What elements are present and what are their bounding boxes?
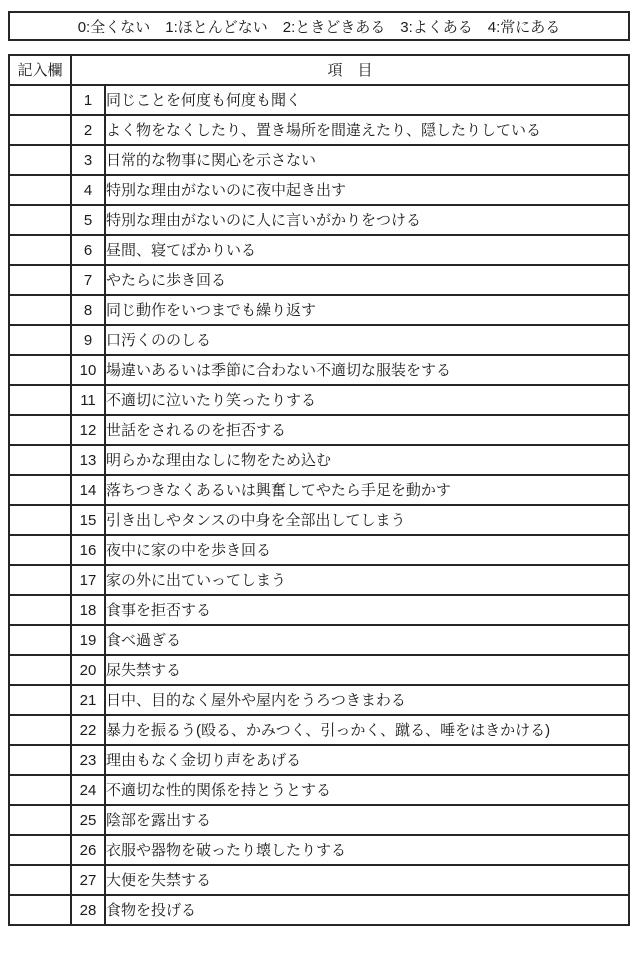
item-text: 昼間、寝てばかりいる <box>105 235 629 265</box>
table-row: 20 尿失禁する <box>9 655 629 685</box>
item-number: 12 <box>71 415 105 445</box>
item-number: 24 <box>71 775 105 805</box>
entry-cell[interactable] <box>9 865 71 895</box>
item-text: 暴力を振るう(殴る、かみつく、引っかく、蹴る、唾をはきかける) <box>105 715 629 745</box>
table-row: 2 よく物をなくしたり、置き場所を間違えたり、隠したりしている <box>9 115 629 145</box>
entry-cell[interactable] <box>9 115 71 145</box>
item-number: 4 <box>71 175 105 205</box>
item-number: 13 <box>71 445 105 475</box>
table-row: 14 落ちつきなくあるいは興奮してやたら手足を動かす <box>9 475 629 505</box>
item-text: 引き出しやタンスの中身を全部出してしまう <box>105 505 629 535</box>
table-row: 10 場違いあるいは季節に合わない不適切な服装をする <box>9 355 629 385</box>
table-row: 28 食物を投げる <box>9 895 629 925</box>
item-number: 15 <box>71 505 105 535</box>
item-number: 18 <box>71 595 105 625</box>
item-number: 27 <box>71 865 105 895</box>
table-row: 23 理由もなく金切り声をあげる <box>9 745 629 775</box>
entry-cell[interactable] <box>9 385 71 415</box>
entry-cell[interactable] <box>9 805 71 835</box>
item-number: 8 <box>71 295 105 325</box>
item-number: 3 <box>71 145 105 175</box>
item-text: 食物を投げる <box>105 895 629 925</box>
item-number: 21 <box>71 685 105 715</box>
table-row: 13 明らかな理由なしに物をため込む <box>9 445 629 475</box>
entry-column-header: 記入欄 <box>9 55 71 85</box>
item-text: 同じ動作をいつまでも繰り返す <box>105 295 629 325</box>
item-text: 家の外に出ていってしまう <box>105 565 629 595</box>
item-text: 日常的な物事に関心を示さない <box>105 145 629 175</box>
entry-cell[interactable] <box>9 745 71 775</box>
item-number: 19 <box>71 625 105 655</box>
entry-cell[interactable] <box>9 415 71 445</box>
rating-scale-text: 0:全くない 1:ほとんどない 2:ときどきある 3:よくある 4:常にある <box>78 16 561 37</box>
item-text: 衣服や器物を破ったり壊したりする <box>105 835 629 865</box>
item-text: 尿失禁する <box>105 655 629 685</box>
item-text: 理由もなく金切り声をあげる <box>105 745 629 775</box>
item-number: 9 <box>71 325 105 355</box>
entry-cell[interactable] <box>9 265 71 295</box>
entry-cell[interactable] <box>9 145 71 175</box>
table-row: 3 日常的な物事に関心を示さない <box>9 145 629 175</box>
item-text: 日中、目的なく屋外や屋内をうろつきまわる <box>105 685 629 715</box>
item-number: 17 <box>71 565 105 595</box>
table-row: 27 大便を失禁する <box>9 865 629 895</box>
entry-cell[interactable] <box>9 715 71 745</box>
table-body: 1 同じことを何度も何度も聞く 2 よく物をなくしたり、置き場所を間違えたり、隠… <box>9 85 629 925</box>
table-row: 17 家の外に出ていってしまう <box>9 565 629 595</box>
table-row: 16 夜中に家の中を歩き回る <box>9 535 629 565</box>
item-text: 大便を失禁する <box>105 865 629 895</box>
item-number: 1 <box>71 85 105 115</box>
item-text: やたらに歩き回る <box>105 265 629 295</box>
item-text: 不適切な性的関係を持とうとする <box>105 775 629 805</box>
item-number: 7 <box>71 265 105 295</box>
table-row: 12 世話をされるのを拒否する <box>9 415 629 445</box>
item-number: 11 <box>71 385 105 415</box>
table-row: 4 特別な理由がないのに夜中起き出す <box>9 175 629 205</box>
table-row: 9 口汚くののしる <box>9 325 629 355</box>
item-number: 22 <box>71 715 105 745</box>
item-text: 陰部を露出する <box>105 805 629 835</box>
checklist-table: 記入欄 項 目 1 同じことを何度も何度も聞く 2 よく物をなくしたり、置き場所… <box>8 54 630 926</box>
item-number: 20 <box>71 655 105 685</box>
table-row: 15 引き出しやタンスの中身を全部出してしまう <box>9 505 629 535</box>
entry-cell[interactable] <box>9 775 71 805</box>
table-row: 25 陰部を露出する <box>9 805 629 835</box>
item-number: 16 <box>71 535 105 565</box>
entry-cell[interactable] <box>9 625 71 655</box>
entry-cell[interactable] <box>9 595 71 625</box>
table-row: 8 同じ動作をいつまでも繰り返す <box>9 295 629 325</box>
item-text: 特別な理由がないのに夜中起き出す <box>105 175 629 205</box>
rating-scale-legend: 0:全くない 1:ほとんどない 2:ときどきある 3:よくある 4:常にある <box>8 11 630 41</box>
item-number: 6 <box>71 235 105 265</box>
entry-cell[interactable] <box>9 655 71 685</box>
item-text: 夜中に家の中を歩き回る <box>105 535 629 565</box>
item-text: 同じことを何度も何度も聞く <box>105 85 629 115</box>
table-row: 22 暴力を振るう(殴る、かみつく、引っかく、蹴る、唾をはきかける) <box>9 715 629 745</box>
item-number: 5 <box>71 205 105 235</box>
entry-cell[interactable] <box>9 325 71 355</box>
entry-cell[interactable] <box>9 835 71 865</box>
entry-cell[interactable] <box>9 175 71 205</box>
table-row: 19 食べ過ぎる <box>9 625 629 655</box>
table-row: 5 特別な理由がないのに人に言いがかりをつける <box>9 205 629 235</box>
item-number: 26 <box>71 835 105 865</box>
item-number: 10 <box>71 355 105 385</box>
item-text: 食事を拒否する <box>105 595 629 625</box>
entry-cell[interactable] <box>9 85 71 115</box>
entry-cell[interactable] <box>9 895 71 925</box>
entry-cell[interactable] <box>9 295 71 325</box>
entry-cell[interactable] <box>9 565 71 595</box>
table-row: 18 食事を拒否する <box>9 595 629 625</box>
item-number: 23 <box>71 745 105 775</box>
entry-cell[interactable] <box>9 355 71 385</box>
table-row: 26 衣服や器物を破ったり壊したりする <box>9 835 629 865</box>
table-row: 7 やたらに歩き回る <box>9 265 629 295</box>
item-text: 落ちつきなくあるいは興奮してやたら手足を動かす <box>105 475 629 505</box>
item-text: 明らかな理由なしに物をため込む <box>105 445 629 475</box>
header-row: 記入欄 項 目 <box>9 55 629 85</box>
item-number: 14 <box>71 475 105 505</box>
entry-cell[interactable] <box>9 475 71 505</box>
item-number: 28 <box>71 895 105 925</box>
table-row: 1 同じことを何度も何度も聞く <box>9 85 629 115</box>
table-row: 24 不適切な性的関係を持とうとする <box>9 775 629 805</box>
item-text: 場違いあるいは季節に合わない不適切な服装をする <box>105 355 629 385</box>
entry-cell[interactable] <box>9 505 71 535</box>
item-number: 2 <box>71 115 105 145</box>
entry-cell[interactable] <box>9 205 71 235</box>
entry-cell[interactable] <box>9 685 71 715</box>
entry-cell[interactable] <box>9 445 71 475</box>
table-row: 21 日中、目的なく屋外や屋内をうろつきまわる <box>9 685 629 715</box>
table-row: 11 不適切に泣いたり笑ったりする <box>9 385 629 415</box>
questionnaire-page: 0:全くない 1:ほとんどない 2:ときどきある 3:よくある 4:常にある 記… <box>0 0 640 956</box>
item-text: 食べ過ぎる <box>105 625 629 655</box>
item-text: 世話をされるのを拒否する <box>105 415 629 445</box>
item-text: 特別な理由がないのに人に言いがかりをつける <box>105 205 629 235</box>
item-column-header: 項 目 <box>71 55 629 85</box>
entry-cell[interactable] <box>9 235 71 265</box>
table-row: 6 昼間、寝てばかりいる <box>9 235 629 265</box>
item-text: よく物をなくしたり、置き場所を間違えたり、隠したりしている <box>105 115 629 145</box>
item-text: 不適切に泣いたり笑ったりする <box>105 385 629 415</box>
item-number: 25 <box>71 805 105 835</box>
item-text: 口汚くののしる <box>105 325 629 355</box>
entry-cell[interactable] <box>9 535 71 565</box>
